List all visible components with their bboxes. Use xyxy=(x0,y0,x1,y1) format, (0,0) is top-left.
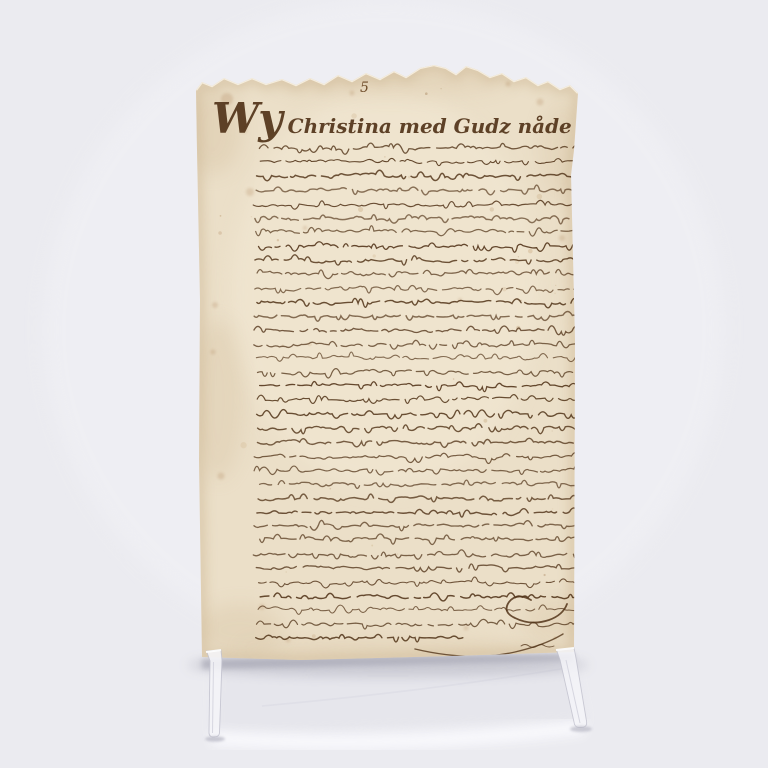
foxing-spot xyxy=(312,634,316,638)
foxing-spot xyxy=(220,215,222,217)
paper-stain xyxy=(303,226,307,230)
paper-stain xyxy=(212,302,218,308)
foxing-spot xyxy=(555,285,556,286)
foxing-spot xyxy=(554,293,556,295)
foxing-spot xyxy=(453,378,455,380)
paper-stain xyxy=(559,235,565,241)
foxing-spot xyxy=(571,486,572,487)
foxing-spot xyxy=(425,92,428,95)
paper-stain xyxy=(218,473,225,480)
foxing-spot xyxy=(277,239,279,241)
paper-stain xyxy=(506,82,511,87)
page-number: 5 xyxy=(360,80,369,96)
foxing-spot xyxy=(371,545,373,547)
foxing-spot xyxy=(218,231,222,235)
foxing-spot xyxy=(251,216,252,217)
foxing-spot xyxy=(543,574,545,576)
paper-stain xyxy=(246,188,254,196)
paper-stain xyxy=(350,91,355,96)
foxing-spot xyxy=(397,553,399,555)
opening-initial-word: Wy xyxy=(212,94,285,143)
foxing-spot xyxy=(518,256,519,257)
foxing-spot xyxy=(286,571,287,572)
auction-photo: 5 WyChristina med Gudz nåde Sweriges xyxy=(0,0,768,768)
foxing-spot xyxy=(329,488,331,490)
foxing-spot xyxy=(427,487,428,488)
paper-stain xyxy=(464,626,469,631)
paper-stain xyxy=(537,99,544,106)
foxing-spot xyxy=(440,88,442,90)
photo-canvas: 5 WyChristina med Gudz nåde Sweriges xyxy=(0,0,768,768)
foxing-spot xyxy=(240,442,246,448)
foxing-spot xyxy=(358,207,363,212)
foxing-spot xyxy=(502,287,506,291)
foxing-spot xyxy=(483,419,487,423)
foxing-spot xyxy=(552,508,553,509)
foxing-spot xyxy=(528,249,533,254)
foxing-spot xyxy=(552,430,553,431)
paper-stain xyxy=(211,350,216,355)
foxing-spot xyxy=(373,254,376,257)
foxing-spot xyxy=(408,176,411,179)
left-leg-foot-shadow xyxy=(205,736,225,741)
right-leg-foot-shadow xyxy=(570,726,592,732)
foxing-spot xyxy=(384,156,385,157)
foxing-spot xyxy=(490,207,494,211)
foxing-spot xyxy=(537,194,543,200)
